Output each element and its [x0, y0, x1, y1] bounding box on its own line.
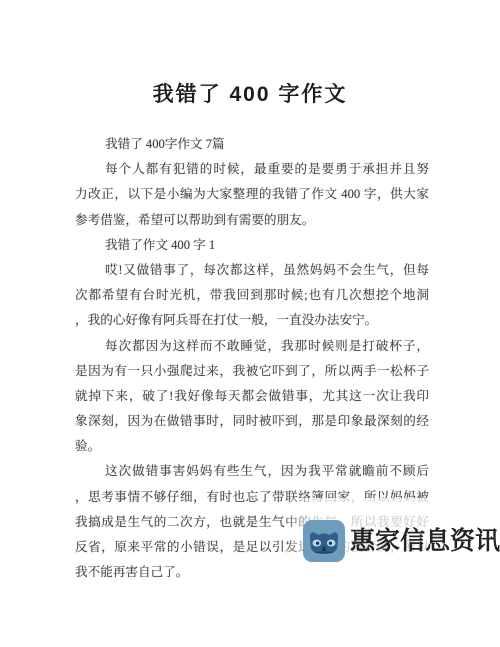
- essay-line: 参考借鉴，希望可以帮助到有需要的朋友。: [75, 208, 429, 233]
- essay-line: 就掉下来，破了!我好像每天都会做错事，尤其这一次让我印: [75, 384, 429, 409]
- essay-line: 力改正，以下是小编为大家整理的我错了作文 400 字，供大家: [75, 182, 429, 207]
- essay-line: 次都希望有台时光机，带我回到那时候;也有几次想挖个地洞: [75, 283, 429, 308]
- essay-line: 验。: [75, 434, 429, 459]
- essay-line: 我错了 400字作文 7篇: [75, 132, 429, 157]
- essay-body: 我错了 400字作文 7篇每个人都有犯错的时候，最重要的是要勇于承担并且努力改正…: [75, 132, 429, 585]
- essay-line: 这次做错事害妈妈有些生气，因为我平常就瞻前不顾后: [75, 459, 429, 484]
- essay-title: 我错了 400 字作文: [0, 82, 500, 107]
- essay-line: 每次都因为这样而不敢睡觉，我那时候则是打破杯子，: [75, 334, 429, 359]
- essay-line: 象深刻，因为在做错事时，同时被吓到，那是印象最深刻的经: [75, 409, 429, 434]
- watermark: 惠家信息资讯: [303, 520, 500, 562]
- essay-line: 我错了作文 400 字 1: [75, 233, 429, 258]
- mascot-logo-icon: [303, 520, 345, 562]
- essay-line: ，思考事情不够仔细，有时也忘了带联络簿回家，所以妈妈被: [75, 485, 429, 510]
- essay-line: 每个人都有犯错的时候，最重要的是要勇于承担并且努: [75, 157, 429, 182]
- essay-line: 哎!又做错事了，每次都这样，虽然妈妈不会生气，但每: [75, 258, 429, 283]
- watermark-label: 惠家信息资讯: [350, 520, 500, 562]
- essay-line: 是因为有一只小强爬过来，我被它吓到了，所以两手一松杯子: [75, 359, 429, 384]
- essay-line: ，我的心好像有阿兵哥在打仗一般，一直没办法安宁。: [75, 308, 429, 333]
- essay-line: 我不能再害自己了。: [75, 560, 429, 585]
- scanned-essay-page: 我错了 400 字作文 我错了 400字作文 7篇每个人都有犯错的时候，最重要的…: [0, 0, 500, 647]
